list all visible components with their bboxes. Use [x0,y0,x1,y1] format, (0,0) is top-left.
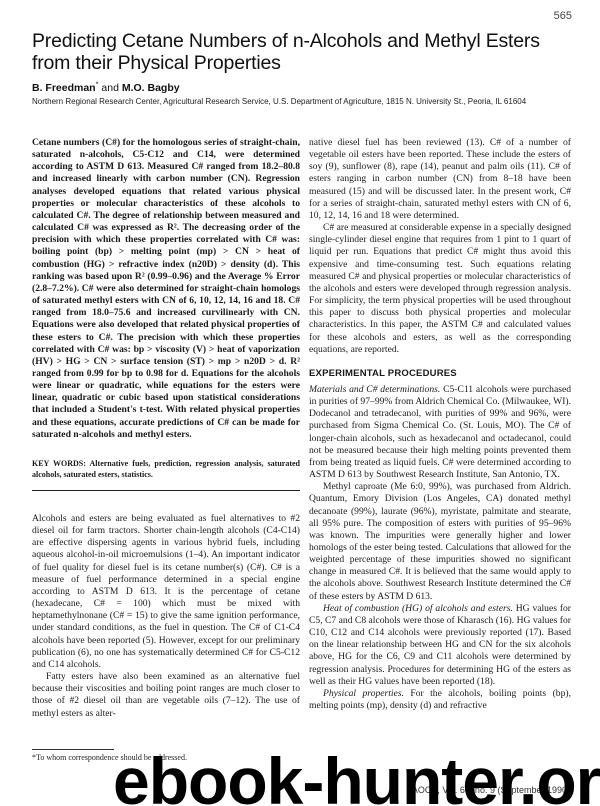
materials-text: C5-C11 alcohols were purchased in puriti… [309,384,571,480]
intro-paragraph-1: Alcohols and esters are being evaluated … [32,513,300,671]
keywords: KEY WORDS: Alternative fuels, prediction… [32,458,300,480]
heat-combustion-runin: Heat of combustion (HG) of alcohols and … [323,603,513,614]
introduction: Alcohols and esters are being evaluated … [32,513,300,720]
section-heading-experimental: EXPERIMENTAL PROCEDURES [309,368,571,380]
materials-paragraph: Materials and C# determinations. C5-C11 … [309,384,571,481]
author-freedman: B. Freedman [32,82,96,94]
physical-properties-runin: Physical properties. [323,688,404,699]
heat-combustion-text: HG values for C5, C7 and C8 alcohols wer… [309,603,571,687]
footnote-divider [32,749,114,750]
paper-title: Predicting Cetane Numbers of n-Alcohols … [32,30,552,74]
page-number: 565 [554,10,572,22]
author-bagby: M.O. Bagby [122,82,180,94]
right-column: native diesel fuel has been reviewed (13… [309,137,571,712]
heat-combustion-paragraph: Heat of combustion (HG) of alcohols and … [309,603,571,688]
abstract: Cetane numbers (C#) for the homologous s… [32,137,300,441]
authors-line: B. Freedman* and M.O. Bagby [32,82,180,94]
materials-runin: Materials and C# determinations. [309,384,440,395]
affiliation: Northern Regional Research Center, Agric… [32,96,577,107]
intro-paragraph-2: Fatty esters have also been examined as … [32,671,300,720]
authors-conjunction: and [98,82,121,94]
abstract-divider [32,490,300,491]
esters-paragraph: Methyl caproate (Me 6:0, 99%), was purch… [309,481,571,603]
right-paragraph-2: C# are measured at considerable expense … [309,222,571,356]
watermark: ebook-hunter.org [113,748,600,806]
physical-properties-paragraph: Physical properties. For the alcohols, b… [309,688,571,712]
right-paragraph-1: native diesel fuel has been reviewed (13… [309,137,571,222]
